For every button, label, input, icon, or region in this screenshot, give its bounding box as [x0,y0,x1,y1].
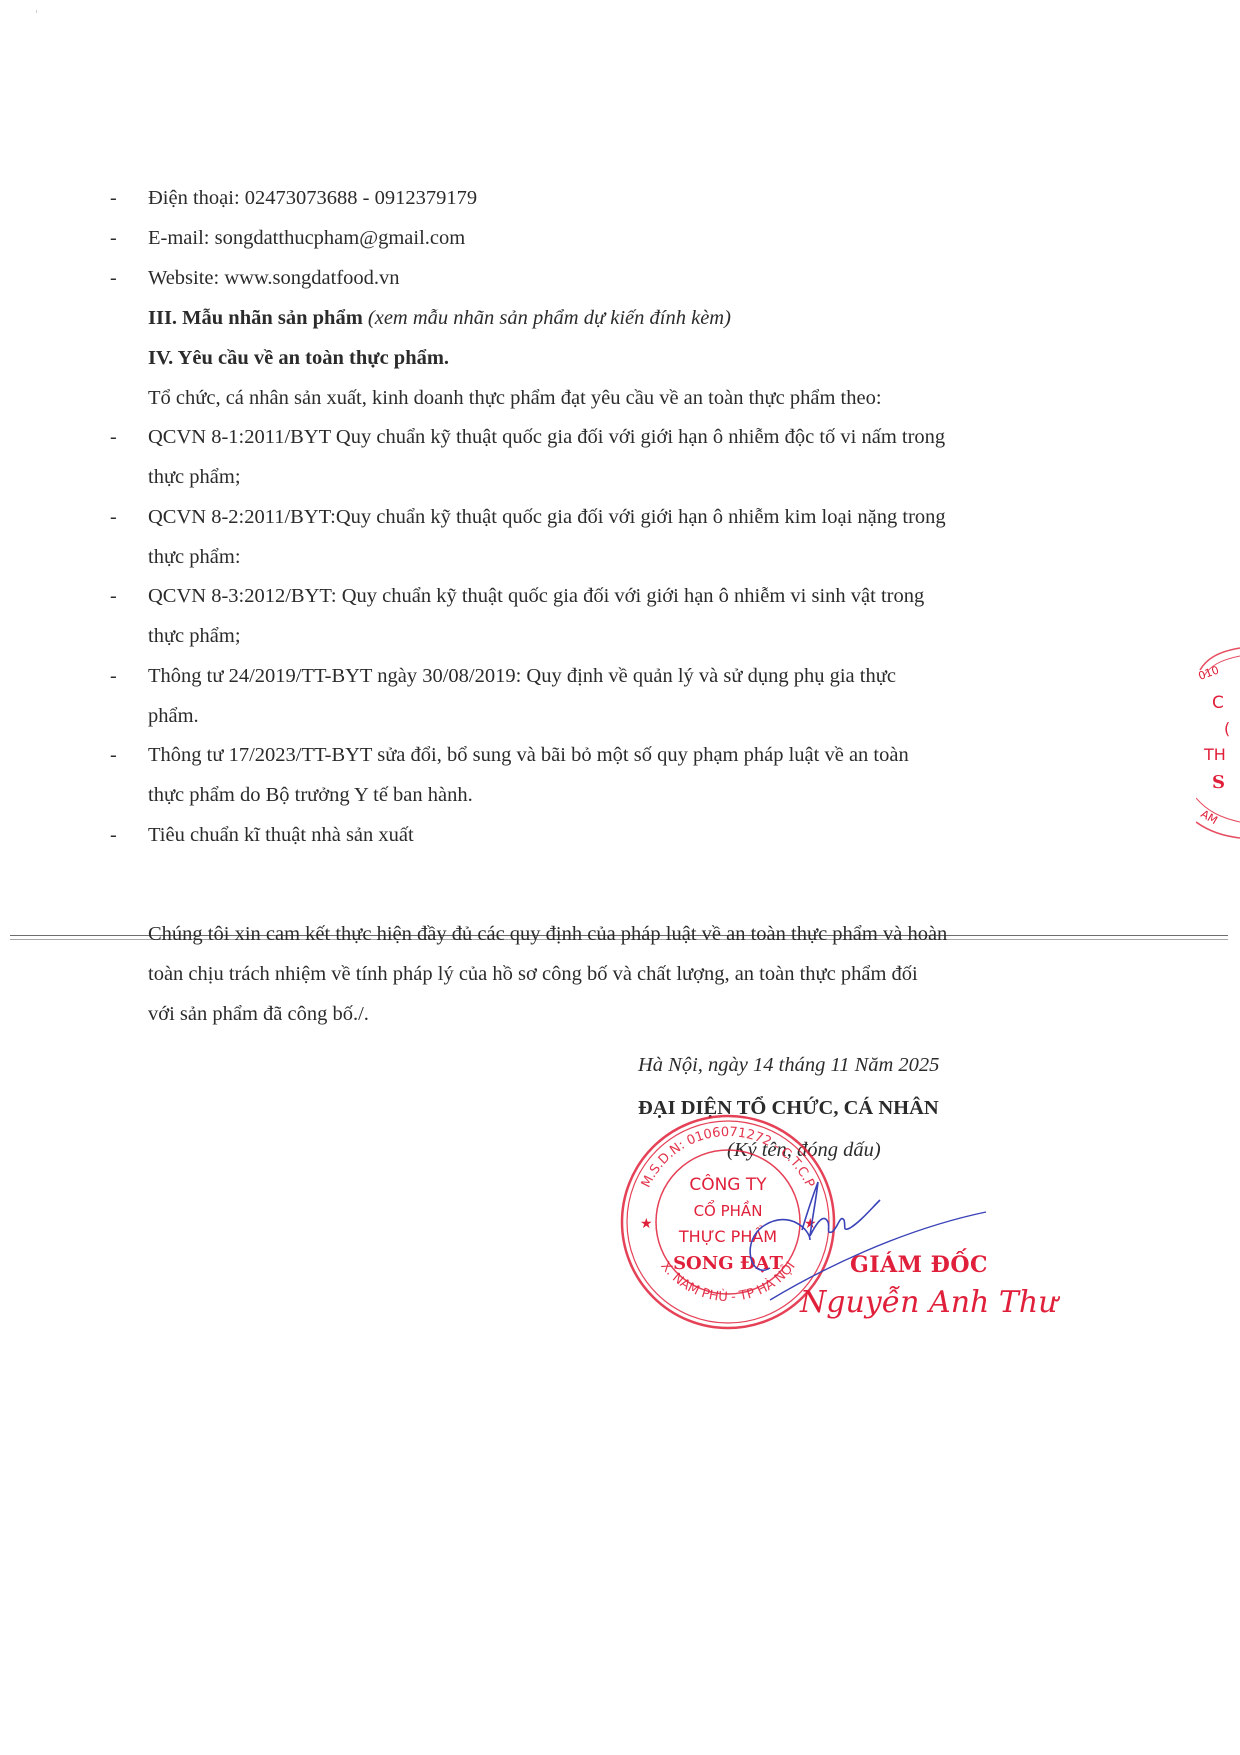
regulation-item-6: Tiêu chuẩn kĩ thuật nhà sản xuất [148,823,414,847]
regulation-item-1: QCVN 8-1:2011/BYT Quy chuẩn kỹ thuật quố… [148,425,945,449]
section4-intro: Tổ chức, cá nhân sản xuất, kinh doanh th… [148,386,882,410]
commitment-line-3: với sản phẩm đã công bố./. [148,1002,369,1026]
regulation-item-2-cont: thực phẩm: [148,545,241,569]
partial-stamp-line-4: S [1212,772,1225,793]
signature-name: Nguyễn Anh Thư [800,1285,1058,1320]
bullet-dash: - [110,823,117,847]
partial-stamp-ring-bottom: AM [1199,807,1220,827]
section3-note: (xem mẫu nhãn sản phẩm dự kiến đính kèm) [368,307,731,329]
regulation-item-5-cont: thực phẩm do Bộ trưởng Y tế ban hành. [148,783,473,807]
section3-line: III. Mẫu nhãn sản phẩm (xem mẫu nhãn sản… [148,306,731,330]
bullet-dash: - [110,505,117,529]
bullet-dash: - [110,425,117,449]
regulation-item-3: QCVN 8-3:2012/BYT: Quy chuẩn kỹ thuật qu… [148,584,924,608]
partial-stamp-line-3: TH [1203,745,1226,764]
section3-heading: III. Mẫu nhãn sản phẩm [148,307,363,329]
stamp-star-left: ★ [640,1217,653,1232]
bullet-dash: - [110,186,117,210]
bullet-dash: - [110,584,117,608]
contact-email: E-mail: songdatthucpham@gmail.com [148,226,465,250]
bullet-dash: - [110,743,117,767]
commitment-line-2: toàn chịu trách nhiệm về tính pháp lý củ… [148,962,918,986]
section4-heading: IV. Yêu cầu về an toàn thực phẩm. [148,346,449,370]
contact-phone: Điện thoại: 02473073688 - 0912379179 [148,186,477,210]
bullet-dash: - [110,664,117,688]
regulation-item-4: Thông tư 24/2019/TT-BYT ngày 30/08/2019:… [148,664,896,688]
partial-stamp-line-1: C [1212,693,1224,713]
regulation-item-1-cont: thực phẩm; [148,465,241,489]
partial-edge-stamp: 010 C ( TH S AM [1196,640,1240,840]
contact-website: Website: www.songdatfood.vn [148,266,400,290]
bullet-dash: - [110,226,117,250]
regulation-item-2: QCVN 8-2:2011/BYT:Quy chuẩn kỹ thuật quố… [148,505,946,529]
regulation-item-3-cont: thực phẩm; [148,624,241,648]
scan-speck [36,10,37,13]
signature-date: Hà Nội, ngày 14 tháng 11 Năm 2025 [638,1053,939,1077]
regulation-item-4-cont: phẩm. [148,704,199,728]
bullet-dash: - [110,266,117,290]
commitment-line-1: Chúng tôi xin cam kết thực hiện đầy đủ c… [148,922,947,946]
partial-stamp-line-2: ( [1224,719,1230,738]
regulation-item-5: Thông tư 17/2023/TT-BYT sửa đổi, bổ sung… [148,743,909,767]
signature-position: GIÁM ĐỐC [850,1252,988,1278]
partial-stamp-ring-text: 010 [1197,663,1221,682]
